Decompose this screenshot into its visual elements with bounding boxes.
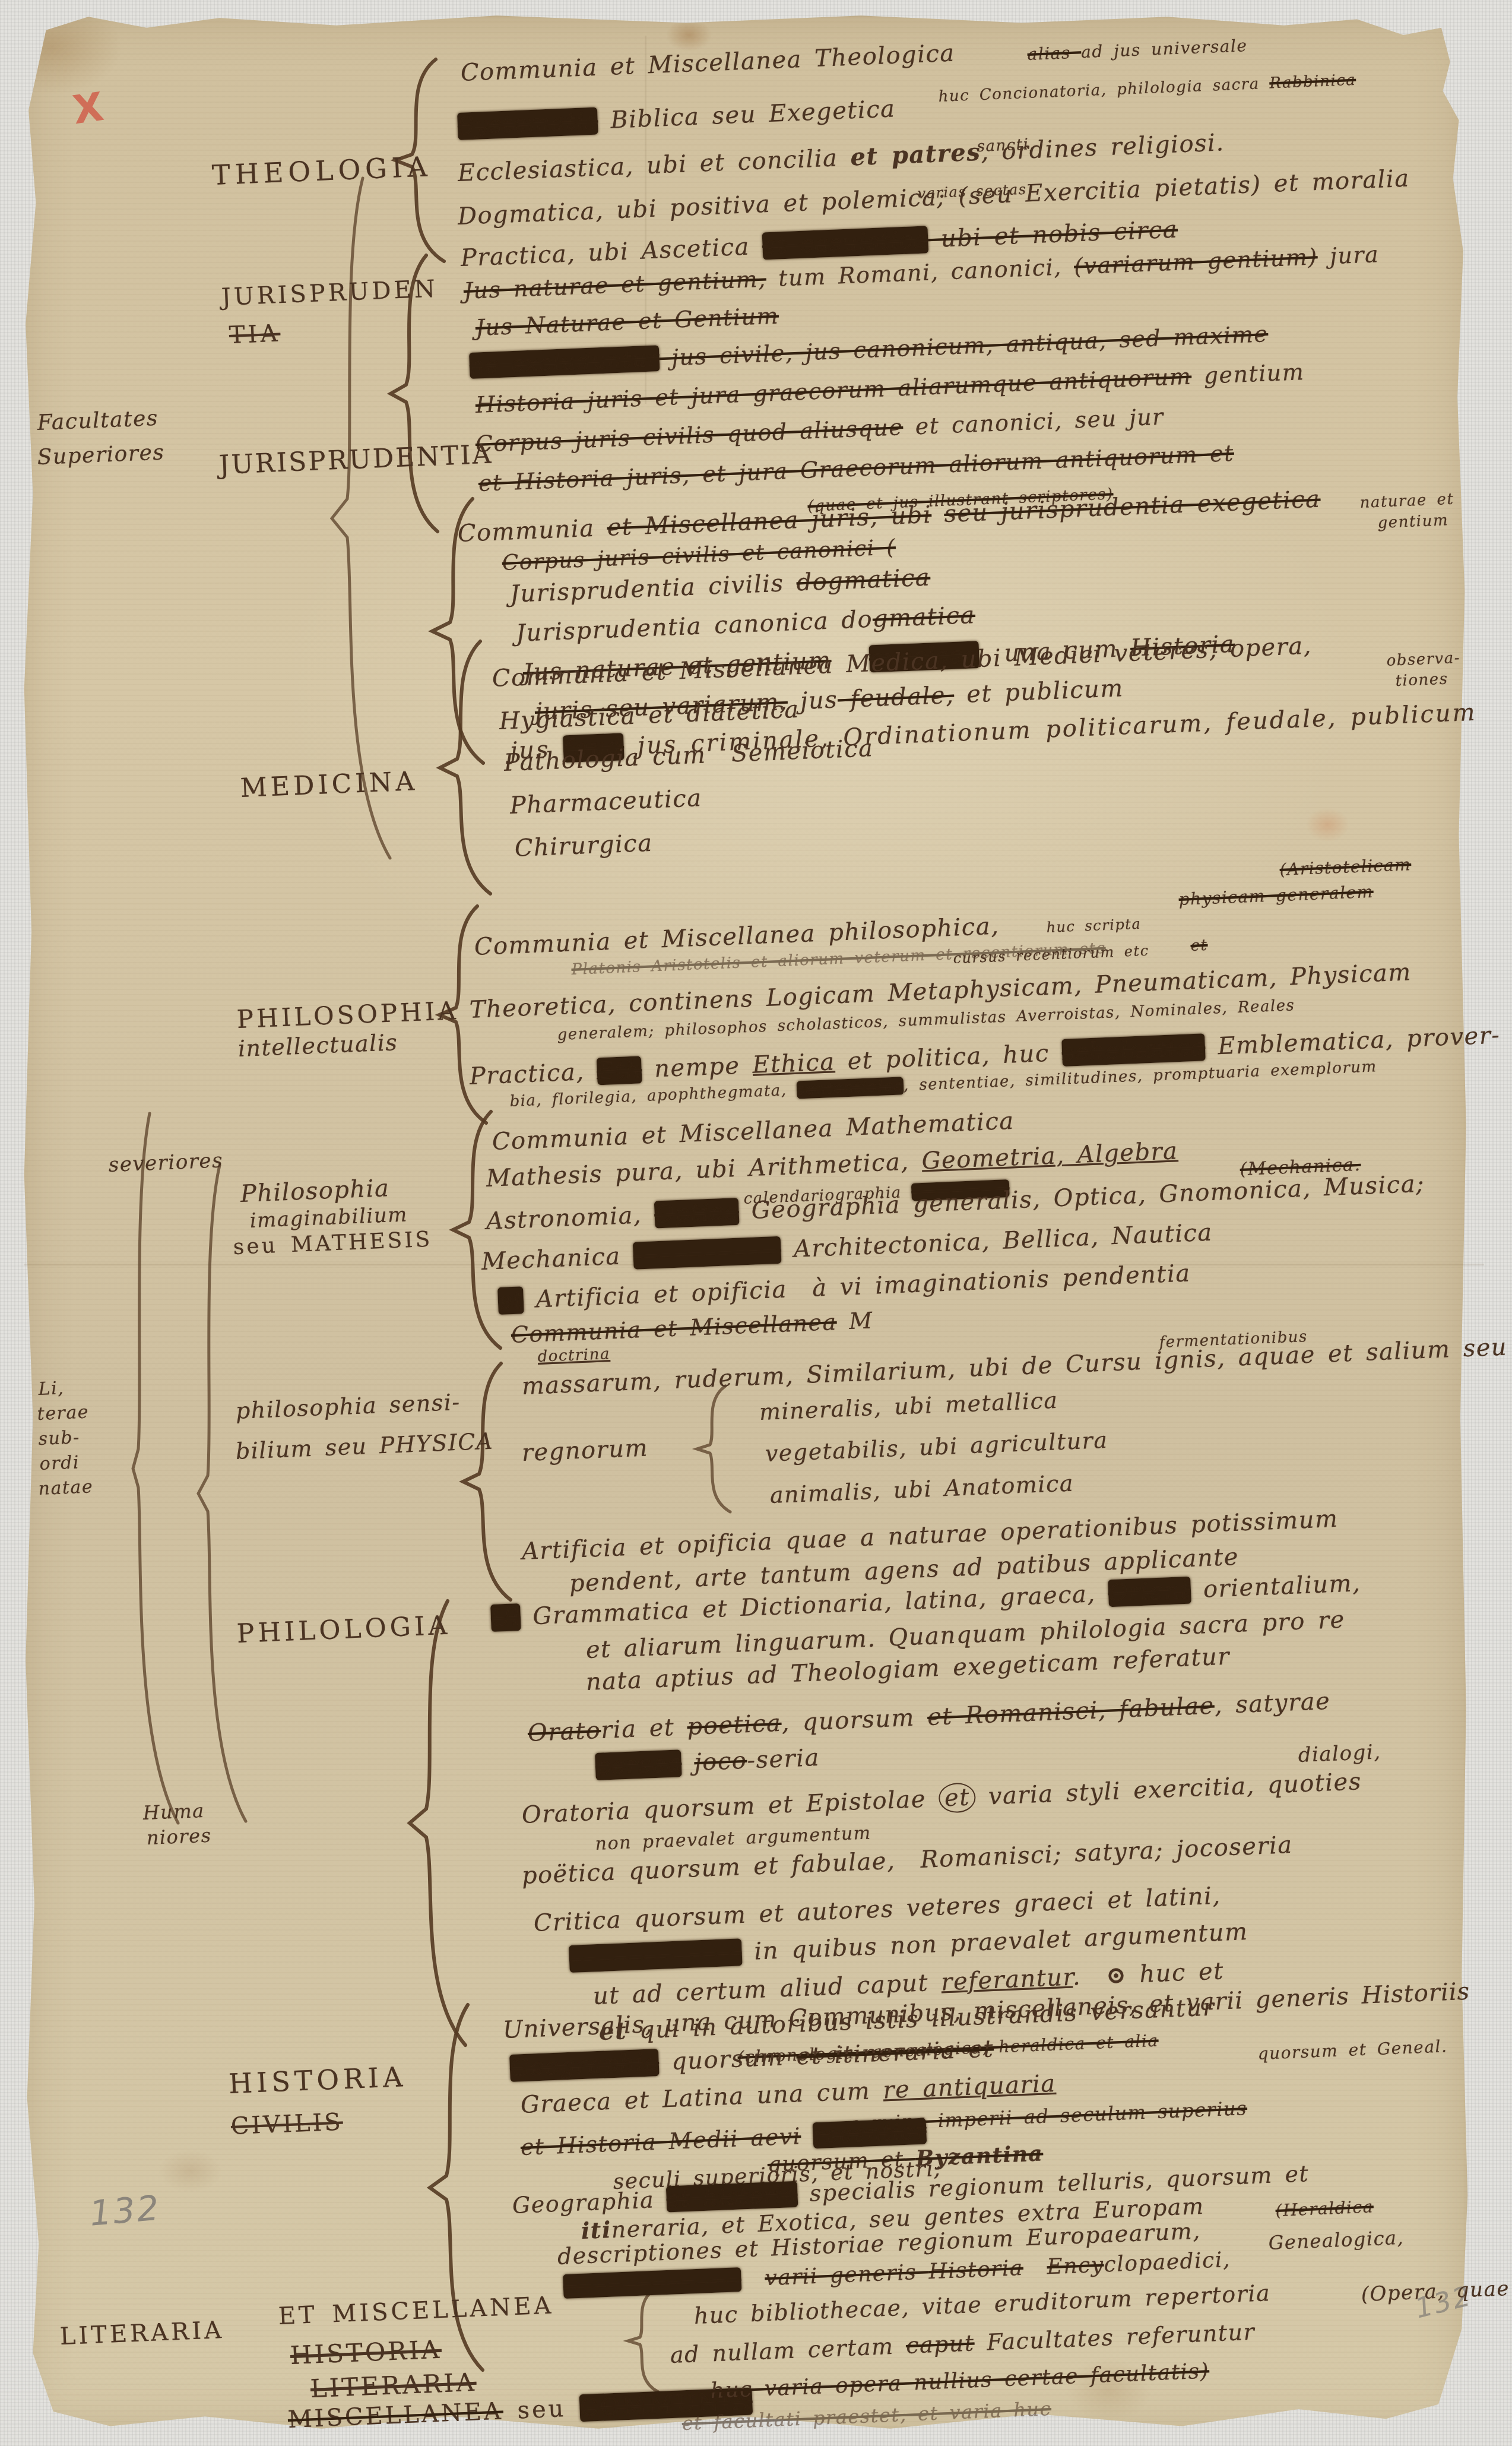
manuscript-segment: et bbox=[938, 1782, 977, 1813]
manuscript-segment: seu bbox=[503, 2394, 581, 2425]
manuscript-segment: ⊙ bbox=[1105, 1961, 1127, 1989]
manuscript-segment: Practica, bbox=[469, 1058, 598, 1090]
manuscript-segment: poetica bbox=[687, 1710, 782, 1741]
manuscript-line: Chirurgica bbox=[514, 830, 653, 862]
manuscript-segment: gentium bbox=[1191, 359, 1305, 390]
manuscript-segment bbox=[931, 501, 944, 529]
manuscript-segment: et patres bbox=[850, 138, 981, 172]
manuscript-line: gentium bbox=[1377, 511, 1449, 532]
manuscript-segment: dialogi, bbox=[1298, 1740, 1381, 1767]
margin-literae: Li, bbox=[38, 1378, 65, 1400]
manuscript-line: (Opera, quae bbox=[1361, 2277, 1510, 2306]
section-label-literaria-3: HISTORIA bbox=[290, 2335, 442, 2370]
manuscript-segment: nempe bbox=[641, 1052, 753, 1083]
manuscript-segment: Ul bbox=[490, 1603, 521, 1632]
margin-severiores: severiores bbox=[108, 1148, 224, 1177]
manuscript-segment: huc et bbox=[1126, 1957, 1224, 1989]
manuscript-segment: Systematis bbox=[457, 107, 598, 140]
manuscript-segment: -seria bbox=[746, 1744, 820, 1774]
manuscript-segment: tiones bbox=[1395, 670, 1448, 690]
manuscript-segment: clopaedici, bbox=[1104, 2248, 1231, 2277]
section-label-jurisprudentia-deleted-2: TIA bbox=[229, 320, 281, 349]
manuscript-line: observa- bbox=[1386, 649, 1461, 670]
margin-facultates: Facultates bbox=[37, 406, 159, 435]
manuscript-segment: ria et bbox=[600, 1713, 687, 1744]
manuscript-segment bbox=[741, 2266, 766, 2292]
manuscript-segment bbox=[681, 1749, 695, 1777]
manuscript-line: doctrina bbox=[537, 1345, 610, 1366]
margin-humaniores: Huma bbox=[142, 1799, 205, 1824]
manuscript-segment: Optica bbox=[654, 1198, 739, 1229]
manuscript-segment bbox=[800, 2122, 813, 2149]
manuscript-segment: et bbox=[497, 1286, 524, 1315]
manuscript-segment: doctrina bbox=[537, 1345, 610, 1366]
manuscript-segment: dogmatica bbox=[796, 564, 931, 597]
manuscript-line: et bbox=[1190, 936, 1208, 955]
manuscript-segment: caput bbox=[905, 2330, 975, 2359]
red-cross-mark: X bbox=[70, 84, 107, 134]
manuscript-segment: . bbox=[1072, 1962, 1107, 1991]
manuscript-segment: , quorsum bbox=[781, 1704, 928, 1737]
margin-literae: ordi bbox=[39, 1452, 80, 1474]
manuscript-line: regnorum bbox=[521, 1434, 649, 1467]
margin-literae: natae bbox=[38, 1476, 94, 1499]
manuscript-line: (Heraldica bbox=[1275, 2197, 1374, 2220]
manuscript-segment: observa- bbox=[1386, 649, 1461, 670]
manuscript-segment: Historia bbox=[928, 2256, 1023, 2284]
manuscript-segment: Orient bbox=[1108, 1577, 1191, 1608]
manuscript-line: tiones bbox=[1395, 670, 1448, 690]
manuscript-segment: (Heraldica bbox=[1275, 2197, 1374, 2220]
margin-literae: terae bbox=[37, 1401, 90, 1424]
manuscript-segment: jura bbox=[1317, 241, 1380, 270]
manuscript-segment: Ethica bbox=[752, 1048, 836, 1079]
manuscript-segment: Ency bbox=[1047, 2252, 1105, 2279]
manuscript-segment: M bbox=[836, 1308, 874, 1335]
manuscript-segment: Orato bbox=[527, 1717, 601, 1747]
manuscript-segment: quorsum bbox=[658, 2043, 797, 2076]
manuscript-segment: iti bbox=[581, 2216, 612, 2244]
manuscript-segment: Rabbinica bbox=[1269, 71, 1356, 93]
manuscript-segment: naturae et bbox=[1359, 491, 1454, 512]
manuscript-segment: recentior bbox=[813, 2118, 927, 2149]
manuscript-segment: et historia bbox=[666, 2181, 798, 2213]
section-label-historia-2: CIVILIS bbox=[230, 2108, 344, 2140]
manuscript-segment: scholastica bbox=[1061, 1033, 1206, 1067]
manuscript-segment: feudale, bbox=[837, 682, 955, 714]
manuscript-segment: (Opera, quae bbox=[1361, 2277, 1510, 2306]
manuscript-segment: referantur bbox=[940, 1964, 1073, 1996]
manuscript-segment: gentium bbox=[1377, 511, 1449, 532]
manuscript-segment: ubi et bbox=[928, 221, 1033, 253]
margin-humaniores: niores bbox=[146, 1824, 212, 1849]
manuscript-segment: regnorum bbox=[521, 1434, 649, 1467]
folio-number-left: 132 bbox=[88, 2188, 162, 2234]
manuscript-segment: Eth bbox=[597, 1056, 642, 1085]
manuscript-scan: { "page": { "background": "#e3e2de", "pa… bbox=[0, 0, 1512, 2446]
manuscript-segment: alias bbox=[1027, 42, 1082, 64]
manuscript-line: naturae et bbox=[1359, 491, 1454, 512]
manuscript-segment: et bbox=[1190, 936, 1208, 955]
manuscript-segment bbox=[1023, 2255, 1048, 2280]
manuscript-segment: Chirurgica bbox=[514, 830, 653, 862]
manuscript-segment: nobis circa bbox=[1032, 216, 1178, 249]
manuscript-segment: persea bbox=[595, 1749, 682, 1780]
margin-literae: sub- bbox=[38, 1427, 80, 1450]
manuscript-segment: joco bbox=[694, 1747, 748, 1777]
margin-superiores: Superiores bbox=[37, 440, 165, 470]
manuscript-line: dialogi, bbox=[1298, 1740, 1381, 1767]
manuscript-segment: gmatica bbox=[872, 602, 976, 633]
manuscript-segment: , satyrae bbox=[1214, 1688, 1331, 1720]
